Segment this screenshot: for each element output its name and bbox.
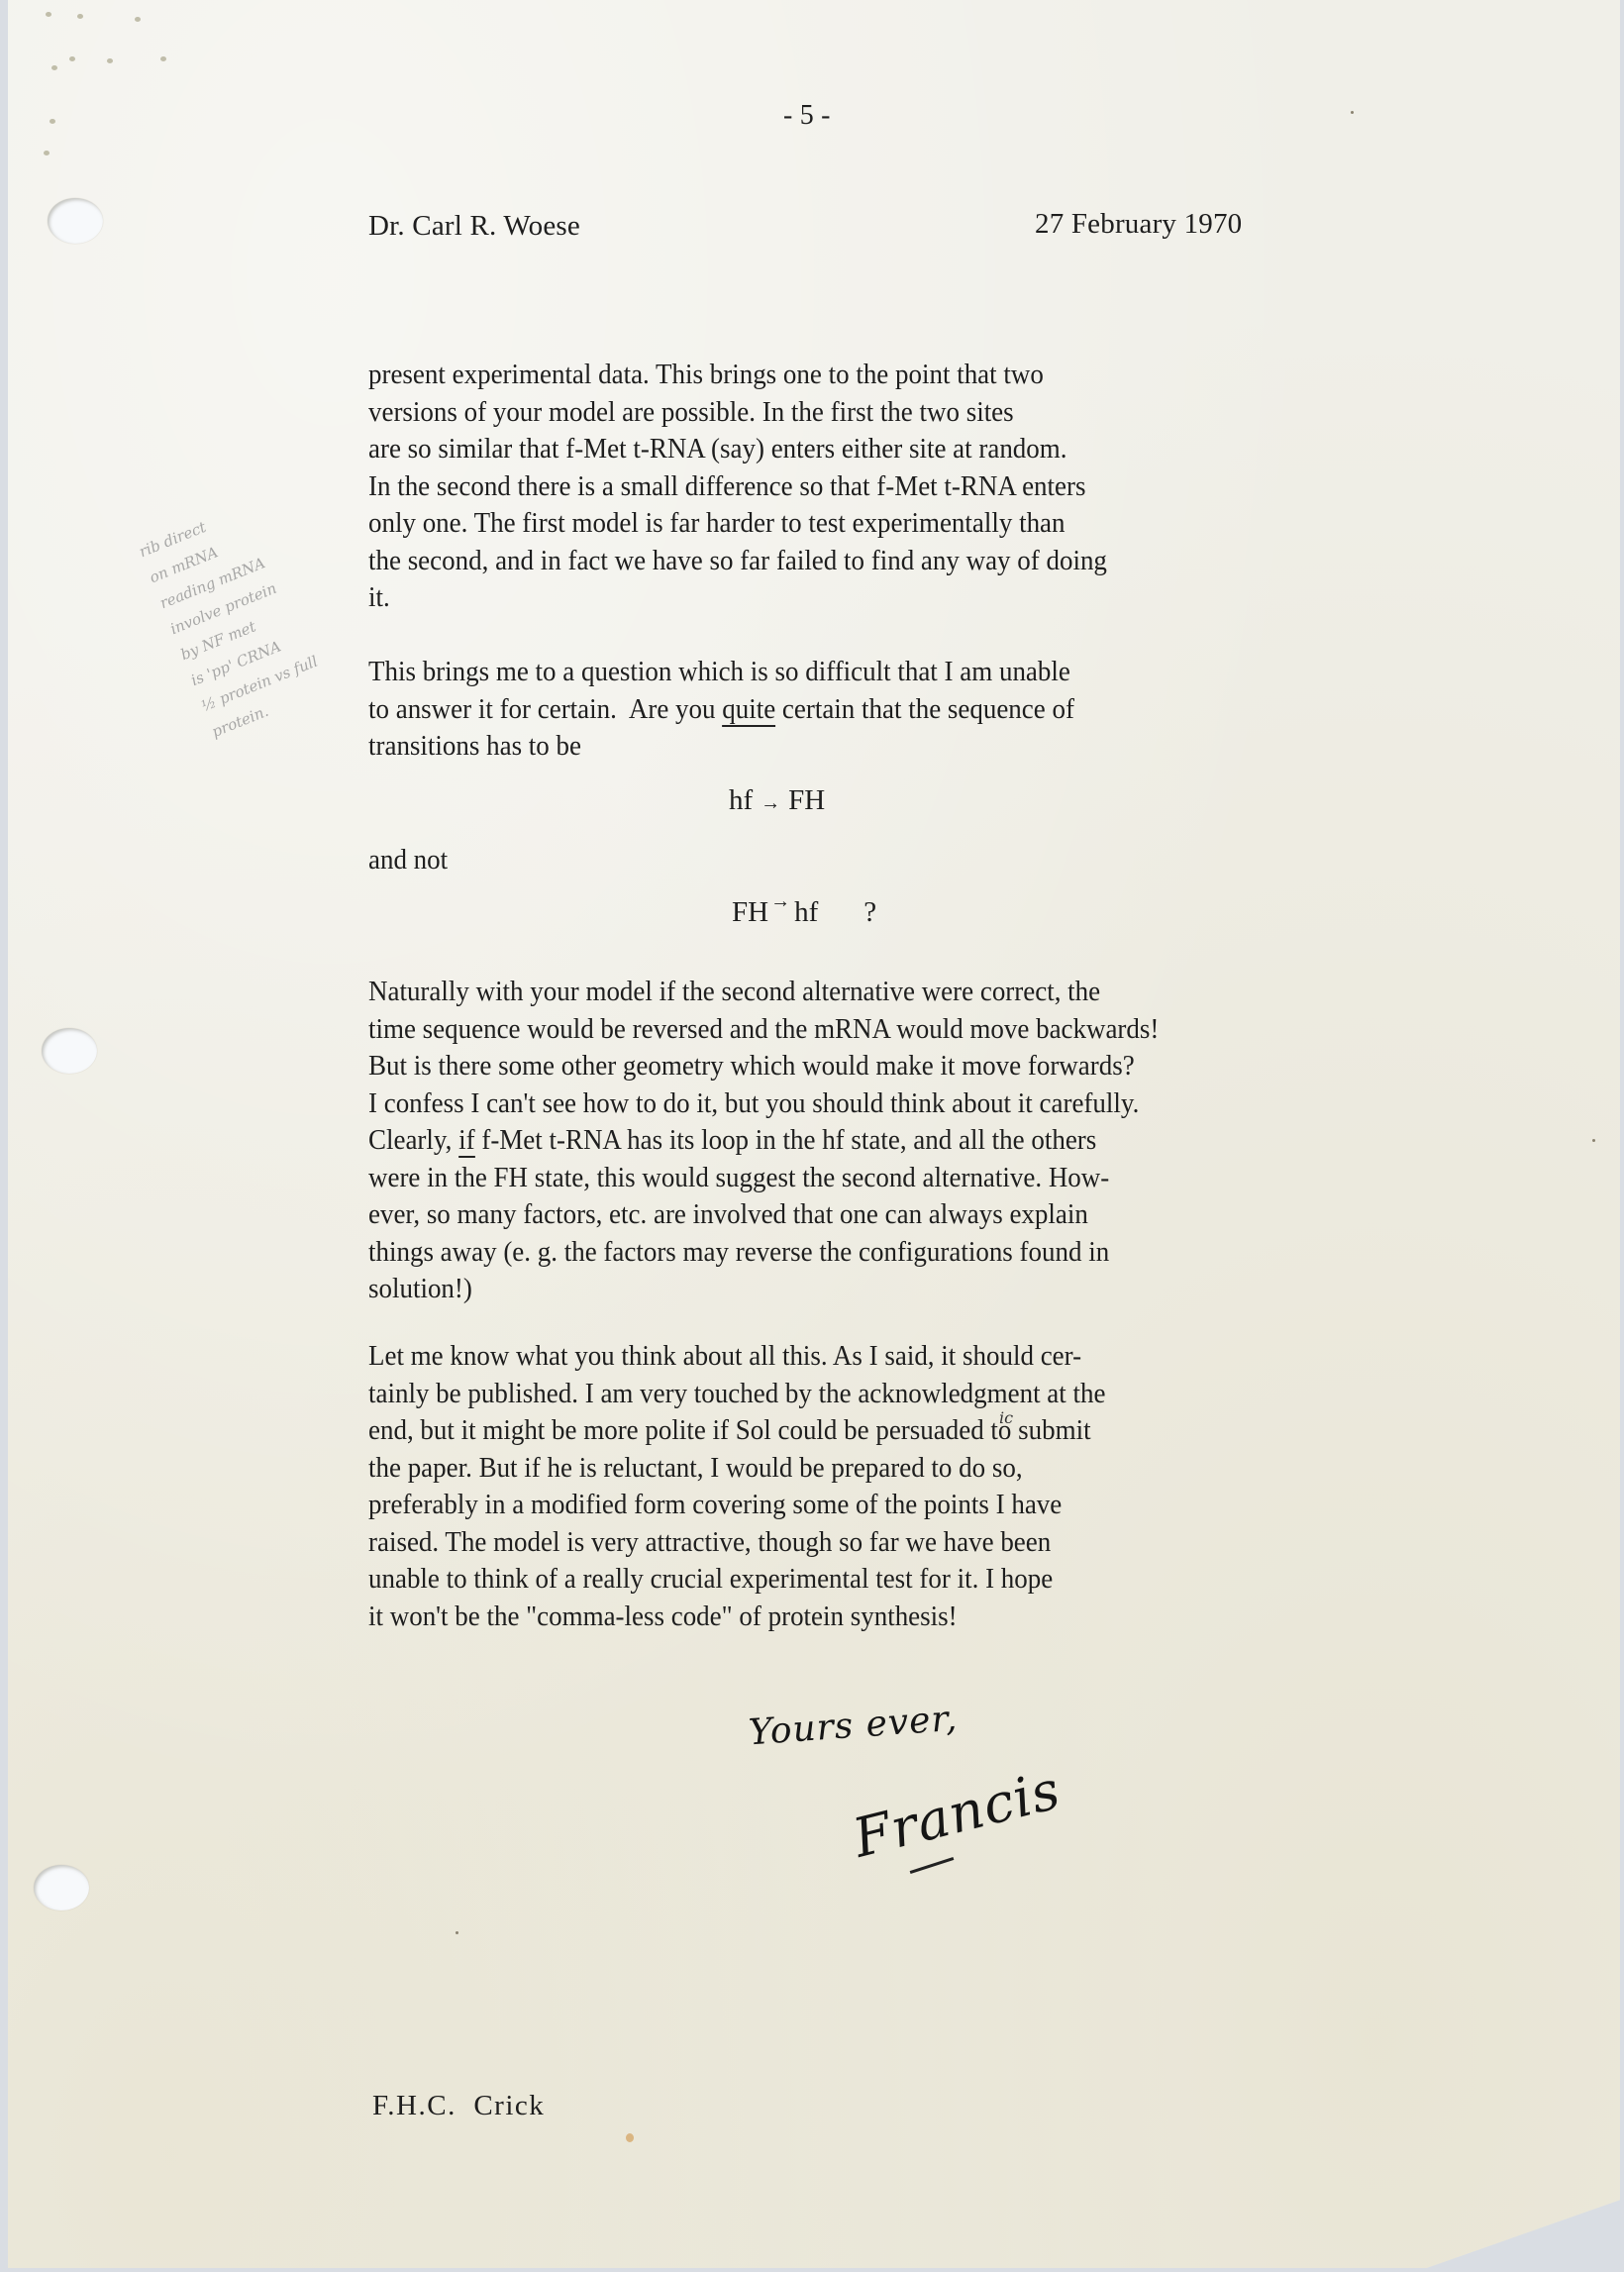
question-mark: ?: [818, 896, 876, 928]
staple-mark: [44, 151, 50, 155]
signature: Francis: [848, 1758, 1066, 1870]
paper-speck: [1351, 111, 1354, 114]
formula-state: FH: [788, 784, 825, 816]
staple-mark: [46, 12, 51, 17]
typed-sender-name: F.H.C. Crick: [372, 2088, 545, 2124]
text-line: the second, and in fact we have so far f…: [368, 543, 1107, 580]
transition-formula-1: hf→FH: [729, 784, 825, 817]
arrow-right-icon: →: [753, 792, 788, 814]
connector-text: and not: [368, 844, 448, 877]
staple-mark: [135, 17, 141, 22]
closing-salutation: Yours ever,: [748, 1699, 960, 1754]
text-line: solution!): [368, 1271, 1159, 1308]
staple-mark: [69, 56, 75, 61]
underlined-word: if: [458, 1124, 474, 1158]
page-number: - 5 -: [783, 97, 831, 134]
signature-underline: [910, 1857, 955, 1874]
letter-date: 27 February 1970: [1035, 206, 1242, 243]
staple-mark: [107, 58, 113, 63]
text-line: end, but it might be more polite if Sol …: [368, 1412, 1105, 1450]
letter-page: - 5 - Dr. Carl R. Woese 27 February 1970…: [8, 0, 1620, 2268]
staple-mark: [50, 119, 55, 124]
paragraph-4: Let me know what you think about all thi…: [368, 1338, 1162, 1635]
binder-hole: [34, 1865, 89, 1911]
text-fragment: f-Met t-RNA has its loop in the hf state…: [475, 1124, 1097, 1156]
text-fragment: certain that the sequence of: [775, 693, 1074, 725]
staple-mark: [51, 65, 57, 70]
formula-state: hf: [729, 784, 753, 816]
recipient-name: Dr. Carl R. Woese: [368, 208, 580, 245]
text-fragment: to answer it for certain. Are you: [368, 693, 722, 725]
text-line: were in the FH state, this would suggest…: [368, 1160, 1159, 1197]
text-line: things away (e. g. the factors may rever…: [368, 1234, 1159, 1272]
text-line: This brings me to a question which is so…: [368, 654, 1074, 691]
binder-hole: [42, 1028, 97, 1074]
text-line: In the second there is a small differenc…: [368, 468, 1107, 506]
text-line: I confess I can't see how to do it, but …: [368, 1085, 1159, 1123]
paragraph-2: This brings me to a question which is so…: [368, 654, 1128, 766]
staple-mark: [77, 14, 83, 19]
text-line: it won't be the "comma-less code" of pro…: [368, 1599, 1105, 1636]
text-line: Naturally with your model if the second …: [368, 974, 1159, 1011]
text-line: versions of your model are possible. In …: [368, 394, 1107, 432]
text-fragment: Clearly,: [368, 1124, 458, 1156]
paragraph-3: Naturally with your model if the second …: [368, 974, 1218, 1308]
text-line: unable to think of a really crucial expe…: [368, 1561, 1105, 1599]
text-line: time sequence would be reversed and the …: [368, 1011, 1159, 1049]
text-line: ever, so many factors, etc. are involved…: [368, 1196, 1159, 1234]
text-line: transitions has to be: [368, 728, 1074, 766]
text-line: Clearly, if f-Met t-RNA has its loop in …: [368, 1122, 1159, 1160]
text-line: only one. The first model is far harder …: [368, 505, 1107, 543]
staple-mark: [160, 56, 166, 61]
formula-state: FH: [732, 896, 768, 928]
pencil-marginalia: rib direct on mRNA reading mRNA involve …: [135, 465, 401, 746]
text-line: preferably in a modified form covering s…: [368, 1487, 1105, 1524]
handwritten-correction: ic: [999, 1408, 1013, 1427]
binder-hole: [48, 198, 103, 244]
text-line: it.: [368, 579, 1107, 617]
paragraph-1: present experimental data. This brings o…: [368, 357, 1163, 617]
text-line: present experimental data. This brings o…: [368, 357, 1107, 394]
transition-formula-2: FH→hf?: [732, 896, 876, 929]
text-line: the paper. But if he is reluctant, I wou…: [368, 1450, 1105, 1488]
paper-speck: [456, 1931, 458, 1934]
text-line: raised. The model is very attractive, th…: [368, 1524, 1105, 1562]
formula-state: hf: [794, 896, 818, 928]
paper-speck: [1592, 1139, 1595, 1142]
text-line: But is there some other geometry which w…: [368, 1048, 1159, 1085]
arrow-right-icon: →: [768, 890, 794, 912]
paper-stain: [626, 2133, 634, 2142]
text-line: Let me know what you think about all thi…: [368, 1338, 1105, 1376]
text-line: tainly be published. I am very touched b…: [368, 1376, 1105, 1413]
text-line: to answer it for certain. Are you quite …: [368, 691, 1074, 729]
text-line: are so similar that f-Met t-RNA (say) en…: [368, 431, 1107, 468]
underlined-word: quite: [722, 693, 775, 727]
